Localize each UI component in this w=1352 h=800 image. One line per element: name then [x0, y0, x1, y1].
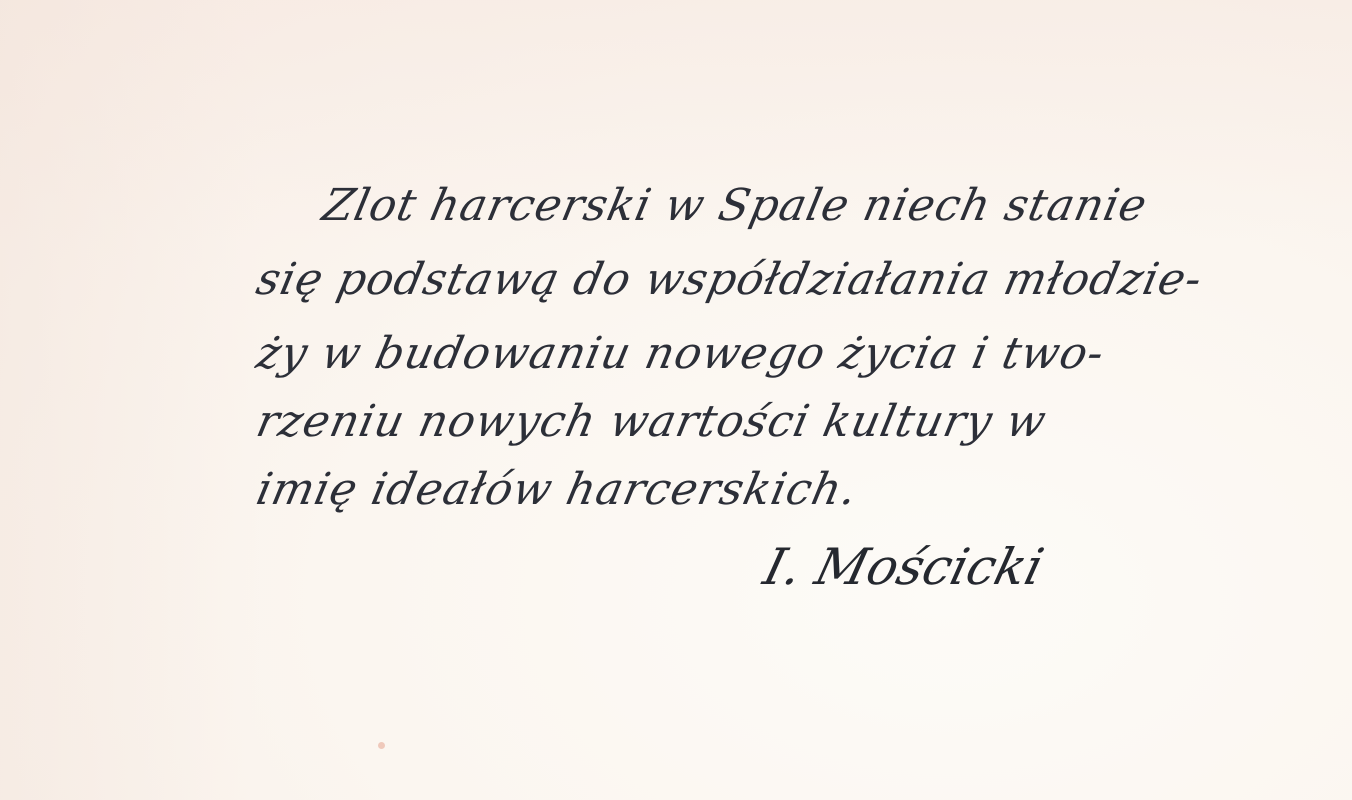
- signature: I. Mościcki: [758, 538, 1049, 596]
- note-line-5: imię ideałów harcerskich.: [252, 464, 862, 515]
- note-line-4: rzeniu nowych wartości kultury w: [252, 396, 1051, 447]
- note-line-1: Zlot harcerski w Spale niech stanie: [318, 180, 1152, 231]
- note-line-2: się podstawą do współdziałania młodzie-: [252, 254, 1207, 305]
- note-line-3: ży w budowaniu nowego życia i two-: [252, 328, 1109, 379]
- paper-stain: [378, 742, 385, 749]
